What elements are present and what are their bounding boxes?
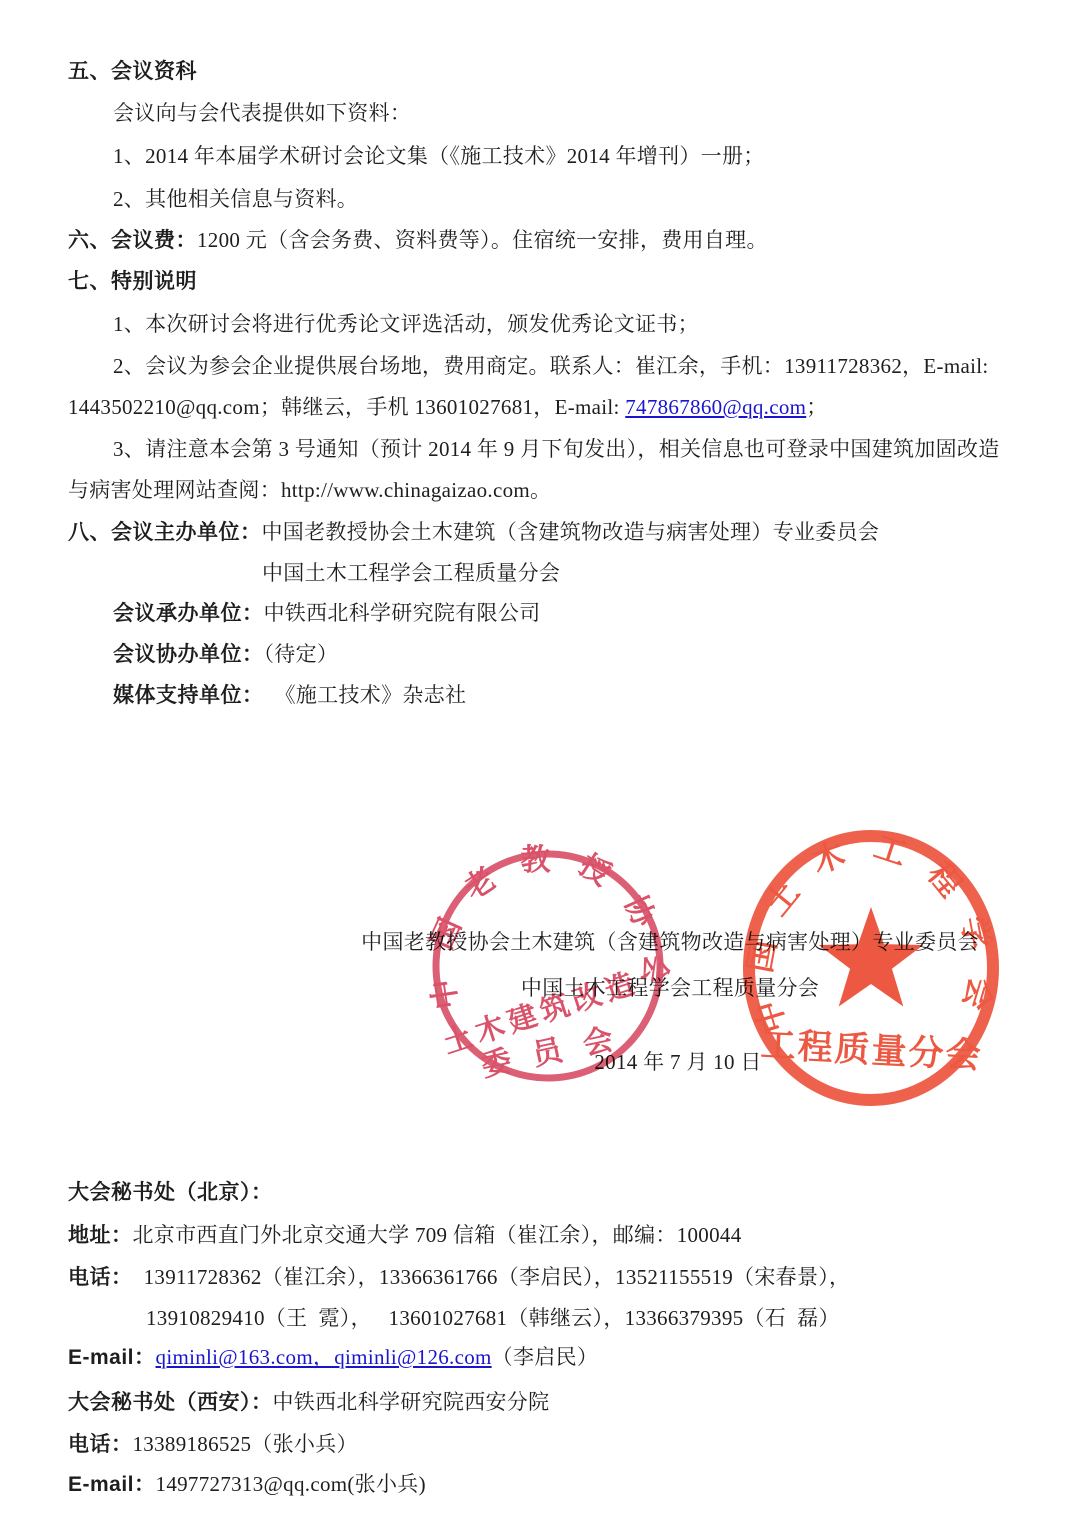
beijing-phone-line-1: 电话： 13911728362（崔江余），13366361766（李启民），13… <box>68 1264 850 1291</box>
xian-email-text: 1497727313@qq.com(张小兵) <box>156 1472 426 1496</box>
section-7-item-2-line-2: 1443502210@qq.com；韩继云，手机 13601027681，E-m… <box>68 394 828 420</box>
fee-text: 1200 元（含会务费、资料费等）。住宿统一安排，费用自理。 <box>197 228 768 252</box>
xian-email-line: E-mail：1497727313@qq.com(张小兵) <box>68 1471 426 1498</box>
xian-phone-line: 电话：13389186525（张小兵） <box>68 1431 358 1458</box>
media-support-line: 媒体支持单位： 《施工技术》杂志社 <box>113 682 466 709</box>
host-1-text: 中国老教授协会土木建筑（含建筑物改造与病害处理）专业委员会 <box>262 520 880 544</box>
address-label: 地址： <box>68 1224 133 1247</box>
email-link-hanjiyun[interactable]: 747867860@qq.com <box>625 395 806 419</box>
period-text: 。 <box>530 478 551 502</box>
secretariat-xian-line: 大会秘书处（西安）：中铁西北科学研究院西安分院 <box>68 1389 549 1416</box>
section-5-item-2: 2、其他相关信息与资料。 <box>113 186 358 212</box>
section-7-item-2-line-1: 2、会议为参会企业提供展台场地，费用商定。联系人：崔江余，手机：13911728… <box>113 353 989 379</box>
host-2-text: 中国土木工程学会工程质量分会 <box>262 560 560 586</box>
signature-date: 2014 年 7 月 10 日 <box>518 1049 838 1075</box>
fee-label: 六、会议费： <box>68 229 197 252</box>
email-owner-text: （李启民） <box>492 1345 599 1369</box>
xian-org-text: 中铁西北科学研究院西安分院 <box>273 1390 550 1414</box>
beijing-phone-line-2: 13910829410（王 霓）， 13601027681（韩继云），13366… <box>146 1305 840 1331</box>
secretariat-xian-heading: 大会秘书处（西安）： <box>68 1391 273 1414</box>
host-label: 八、会议主办单位： <box>68 521 262 544</box>
secretariat-beijing-heading: 大会秘书处（北京）： <box>68 1180 273 1206</box>
section-5-heading: 五、会议资科 <box>68 59 197 85</box>
semicolon-text: ； <box>806 395 827 419</box>
section-8-host-line: 八、会议主办单位：中国老教授协会土木建筑（含建筑物改造与病害处理）专业委员会 <box>68 519 879 546</box>
beijing-email-line: E-mail：qiminli@163.com，qiminli@126.com（李… <box>68 1344 598 1371</box>
address-text: 北京市西直门外北京交通大学 709 信箱（崔江余），邮编：100044 <box>133 1223 742 1247</box>
phone-label: 电话： <box>68 1266 133 1289</box>
beijing-address-line: 地址：北京市西直门外北京交通大学 709 信箱（崔江余），邮编：100044 <box>68 1222 742 1249</box>
section-7-item-1: 1、本次研讨会将进行优秀论文评选活动，颁发优秀论文证书； <box>113 311 699 337</box>
section-7-item-3-line-2: 与病害处理网站查阅：http://www.chinagaizao.com。 <box>68 477 551 503</box>
website-prefix-text: 与病害处理网站查阅： <box>68 478 281 502</box>
contact-emails-text: 1443502210@qq.com；韩继云，手机 13601027681，E-m… <box>68 395 625 419</box>
section-7-heading: 七、特别说明 <box>68 269 197 295</box>
organizer-label: 会议承办单位： <box>113 602 264 625</box>
signature-line-2: 中国土木工程学会工程质量分会 <box>340 975 1000 1001</box>
section-5-item-1: 1、2014 年本届学术研讨会论文集（《施工技术》2014 年增刊）一册； <box>113 143 765 169</box>
website-url: http://www.chinagaizao.com <box>281 478 530 502</box>
xian-phone-text: 13389186525（张小兵） <box>133 1432 358 1456</box>
signature-line-1: 中国老教授协会土木建筑（含建筑物改造与病害处理）专业委员会 <box>340 929 1000 955</box>
organizer-line: 会议承办单位：中铁西北科学研究院有限公司 <box>113 600 540 627</box>
co-organizer-label: 会议协办单位： <box>113 643 264 666</box>
organizer-text: 中铁西北科学研究院有限公司 <box>264 601 541 625</box>
media-support-text: 《施工技术》杂志社 <box>264 683 467 707</box>
section-6-line: 六、会议费：1200 元（含会务费、资料费等）。住宿统一安排，费用自理。 <box>68 227 768 254</box>
media-support-label: 媒体支持单位： <box>113 684 264 707</box>
co-organizer-text: （待定） <box>264 642 339 666</box>
section-5-intro: 会议向与会代表提供如下资料： <box>113 100 411 126</box>
xian-phone-label: 电话： <box>68 1433 133 1456</box>
email-link-liqimin[interactable]: qiminli@163.com，qiminli@126.com <box>156 1345 492 1369</box>
co-organizer-line: 会议协办单位：（待定） <box>113 641 338 668</box>
email-label: E-mail： <box>68 1346 156 1369</box>
xian-email-label: E-mail： <box>68 1473 156 1496</box>
section-7-item-3-line-1: 3、请注意本会第 3 号通知（预计 2014 年 9 月下旬发出），相关信息也可… <box>113 436 1000 462</box>
document-page: 五、会议资科 会议向与会代表提供如下资料： 1、2014 年本届学术研讨会论文集… <box>0 0 1066 1517</box>
phone-numbers-1: 13911728362（崔江余），13366361766（李启民），135211… <box>133 1265 851 1289</box>
